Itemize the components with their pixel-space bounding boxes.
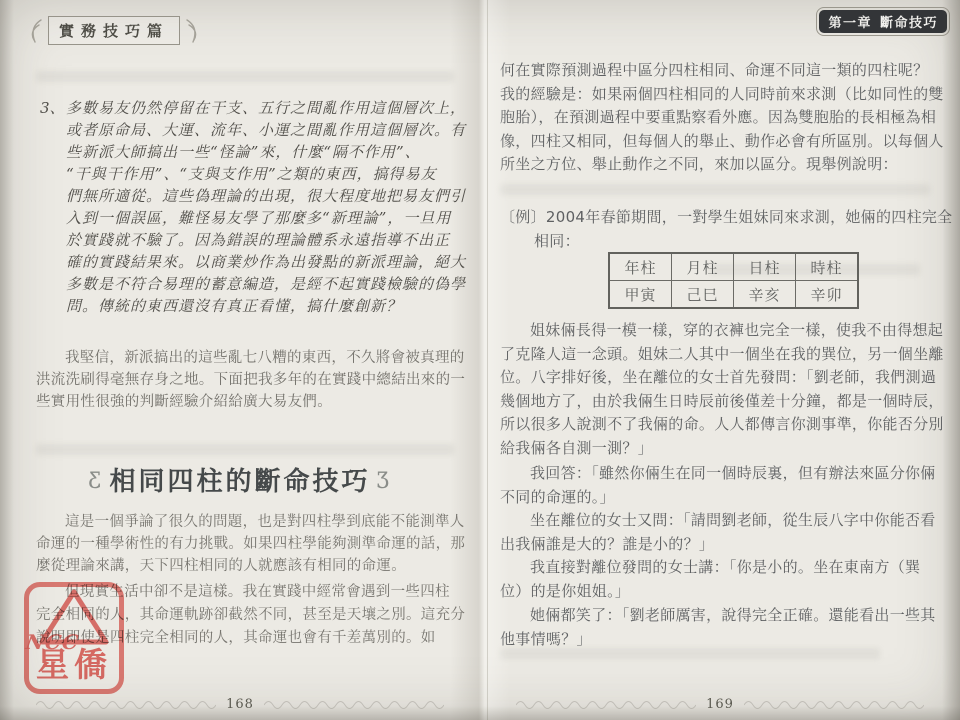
- text-line: 所以很多人說測不了我倆的命。人人都傳言你測事準，你能否分別: [500, 413, 936, 437]
- text-line: 〔例〕2004年春節期間，一對學生姐妹同來求測，她倆的四柱完全: [500, 206, 936, 230]
- publisher-stamp: NCC 星僑: [24, 582, 124, 694]
- text-line: 胞胎），在預測過程中要重點察看外應。因為雙胞胎的長相極為相: [500, 106, 936, 130]
- heading-ornament-icon: Ƹ: [82, 469, 109, 494]
- stamp-name-text: 星僑: [24, 639, 124, 686]
- page-showthrough: [500, 184, 930, 195]
- left-page-header: 實務技巧篇: [26, 16, 202, 45]
- section-heading-text: 相同四柱的斷命技巧: [109, 467, 370, 497]
- text-line: 何在實際預測過程中區分四柱相同、命運不同這一類的四柱呢？: [500, 59, 936, 83]
- text-line: 他事情嗎？」: [500, 628, 936, 652]
- table-header-cell: 年柱: [609, 253, 672, 281]
- text-line: 位）的是你姐姐。」: [500, 580, 936, 604]
- table-header-cell: 時柱: [796, 253, 859, 281]
- text-line: 姐妹倆長得一模一樣，穿的衣褲也完全一樣，使我不由得想起: [500, 319, 936, 343]
- text-line: 命運的一種學術性的有力挑戰。如果四柱學能夠測準命運的話，那: [36, 533, 456, 555]
- page-gutter-shadow: [450, 0, 510, 720]
- scan-edge-shadow: [942, 0, 960, 720]
- text-line: 或者原命局、大運、流年、小運之間亂作用這個層次。有: [66, 119, 458, 141]
- four-pillars-table: 年柱 月柱 日柱 時柱 甲寅 己巳 辛亥 辛卯: [608, 252, 859, 309]
- paragraph: 這是一個爭論了很久的問題，也是對四柱學到底能不能測準人 命運的一種學術性的有力挑…: [36, 511, 456, 577]
- text-line: 我堅信，新派搞出的這些亂七八糟的東西，不久將會被真理的: [36, 347, 456, 369]
- section-title-badge: 實務技巧篇: [48, 16, 180, 45]
- text-line: 幾個地方了，由於我倆生日時辰前後僅差十分鐘，都是一個時辰，: [500, 390, 936, 414]
- text-line: 於實踐就不驗了。因為錯誤的理論體系永遠指導不出正: [66, 229, 458, 251]
- book-spread: 實務技巧篇 3、 多數易友仍然停留在干支、五行之間亂作用這個層次上， 或者原命局…: [0, 0, 960, 720]
- text-line: 洪流洗刷得毫無存身之地。下面把我多年的在實踐中總結出來的一: [36, 369, 456, 391]
- text-line: 多數易友仍然停留在干支、五行之間亂作用這個層次上，: [66, 97, 458, 119]
- text-line: 相同：: [500, 230, 936, 254]
- text-line: 麼從理論來講，天下四柱相同的人就應該有相同的命運。: [36, 555, 456, 577]
- paragraph: 我堅信，新派搞出的這些亂七八糟的東西，不久將會被真理的 洪流洗刷得毫無存身之地。…: [36, 347, 456, 413]
- text-line: 多數是不符合易理的蓄意編造，是經不起實踐檢驗的偽學: [66, 273, 458, 295]
- page-gutter-crease: [487, 0, 488, 720]
- table-header-cell: 月柱: [672, 253, 734, 281]
- text-line: 些實用性很強的判斷經驗介紹給廣大易友們。: [36, 391, 456, 413]
- heading-ornament-icon: Ʒ: [371, 469, 398, 494]
- text-line: 問。傳統的東西還沒有真正看懂，搞什麼創新？: [66, 295, 458, 317]
- text-line: 我的經驗是：如果兩個四柱相同的人同時前來求測（比如同性的雙: [500, 83, 936, 107]
- table-header-cell: 日柱: [734, 253, 796, 281]
- paragraph: 我回答：「雖然你倆生在同一個時辰裏，但有辦法來區分你倆 不同的命運的。」: [500, 462, 936, 509]
- text-line: 了克隆人這一念頭。姐妹二人其中一個坐在我的巽位，另一個坐離: [500, 343, 936, 367]
- table-cell: 己巳: [672, 281, 734, 309]
- text-line: 給我倆各自測一測？」: [500, 437, 936, 461]
- scan-edge-shadow: [0, 0, 14, 720]
- text-line: 們無所適從。這些偽理論的出現，很大程度地把易友們引: [66, 185, 458, 207]
- text-line: 入到一個誤區，難怪易友學了那麼多“新理論”，一旦用: [66, 207, 458, 229]
- chapter-number: 第一章: [828, 16, 872, 31]
- numbered-item-3: 3、 多數易友仍然停留在干支、五行之間亂作用這個層次上， 或者原命局、大運、流年…: [40, 97, 458, 317]
- text-line: 像，四柱又相同，但每個人的舉止、動作必會有所區別。以每個人: [500, 130, 936, 154]
- paragraph: 我直接對離位發問的女士講：「你是小的。坐在東南方（巽 位）的是你姐姐。」: [500, 556, 936, 603]
- example-paragraph: 〔例〕2004年春節期間，一對學生姐妹同來求測，她倆的四柱完全 相同：: [500, 206, 936, 253]
- paragraph: 坐在離位的女士又問：「請問劉老師，從生辰八字中你能否看 出我倆誰是大的？誰是小的…: [500, 509, 936, 556]
- text-line: 她倆都笑了：「劉老師厲害，說得完全正確。還能看出一些其: [500, 604, 936, 628]
- text-line: 這是一個爭論了很久的問題，也是對四柱學到底能不能測準人: [36, 511, 456, 533]
- text-line: 出我倆誰是大的？誰是小的？」: [500, 533, 936, 557]
- text-line: 不同的命運的。」: [500, 486, 936, 510]
- right-page: 第一章斷命技巧 何在實際預測過程中區分四柱相同、命運不同這一類的四柱呢？ 我的經…: [480, 0, 960, 720]
- table-header-row: 年柱 月柱 日柱 時柱: [609, 253, 858, 281]
- scan-edge-shadow: [0, 706, 960, 720]
- chapter-title: 斷命技巧: [880, 16, 938, 31]
- text-line: 我回答：「雖然你倆生在同一個時辰裏，但有辦法來區分你倆: [500, 462, 936, 486]
- table-cell: 辛亥: [734, 281, 796, 309]
- text-line: 坐在離位的女士又問：「請問劉老師，從生辰八字中你能否看: [500, 509, 936, 533]
- text-line: 所坐之方位、舉止動作之不同，來加以區分。現舉例說明：: [500, 153, 936, 177]
- text-line: 我直接對離位發問的女士講：「你是小的。坐在東南方（巽: [500, 556, 936, 580]
- leaf-flourish-icon: [26, 17, 44, 45]
- text-line: 位。八字排好後，坐在離位的女士首先發問：「劉老師，我們測過: [500, 366, 936, 390]
- table-row: 甲寅 己巳 辛亥 辛卯: [609, 281, 858, 309]
- text-line: 確的實踐結果來。以商業炒作為出發點的新派理論，絕大: [66, 251, 458, 273]
- leaf-flourish-icon: [184, 17, 202, 45]
- list-marker: 3、: [40, 97, 65, 119]
- paragraph: 姐妹倆長得一模一樣，穿的衣褲也完全一樣，使我不由得想起 了克隆人這一念頭。姐妹二…: [500, 319, 936, 460]
- paragraph: 何在實際預測過程中區分四柱相同、命運不同這一類的四柱呢？ 我的經驗是：如果兩個四…: [500, 59, 936, 177]
- chapter-header-badge: 第一章斷命技巧: [816, 7, 950, 36]
- text-line: 些新派大師搞出一些“怪論”來，什麼“隔不作用”、: [66, 141, 458, 163]
- text-line: “干與干作用”、“支與支作用”之類的東西，搞得易友: [66, 163, 458, 185]
- page-showthrough: [36, 71, 454, 82]
- paragraph: 她倆都笑了：「劉老師厲害，說得完全正確。還能看出一些其 他事情嗎？」: [500, 604, 936, 651]
- section-heading: Ƹ相同四柱的斷命技巧Ʒ: [0, 461, 480, 498]
- page-showthrough: [36, 444, 454, 455]
- table-cell: 辛卯: [796, 281, 859, 309]
- table-cell: 甲寅: [609, 281, 672, 309]
- section-title: 實務技巧篇: [59, 22, 169, 40]
